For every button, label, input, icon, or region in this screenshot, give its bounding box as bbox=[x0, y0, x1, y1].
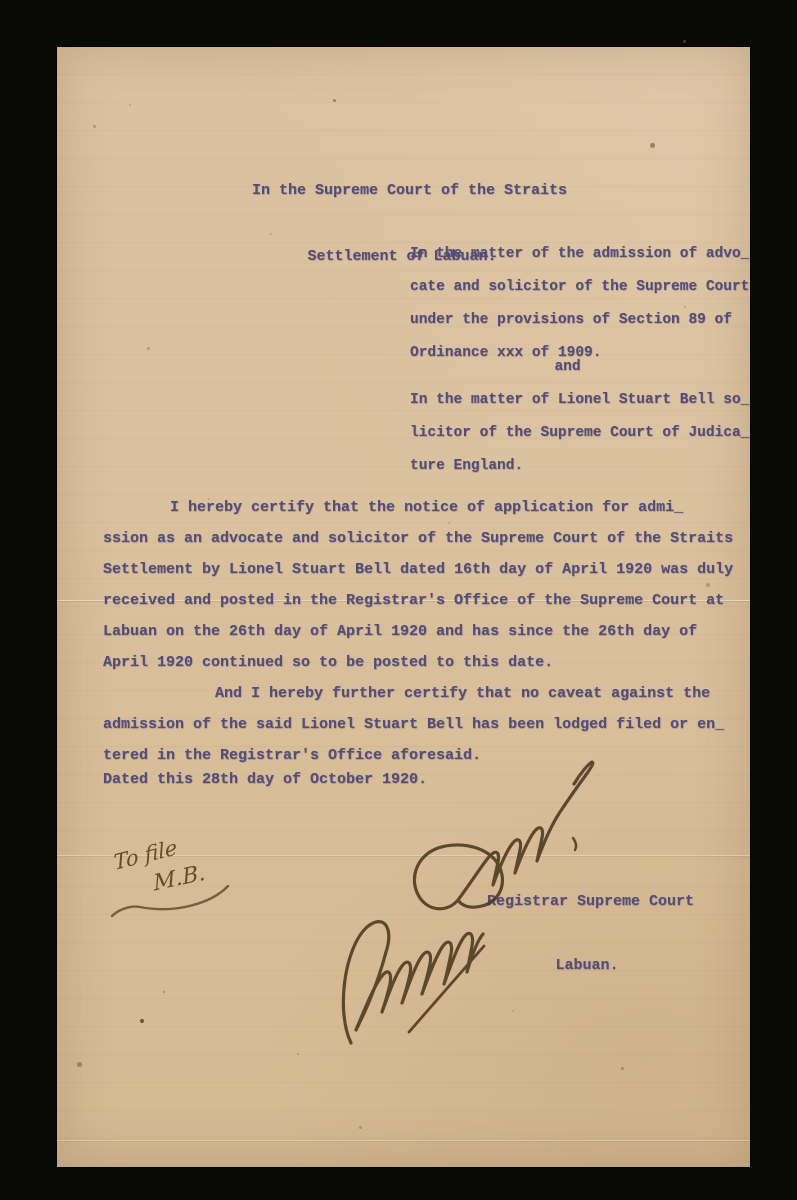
court-header-line1: In the Supreme Court of the Straits bbox=[252, 174, 652, 207]
matter-clause-1: In the matter of the admission of advo_ … bbox=[410, 238, 755, 370]
signatory-title: Registrar Supreme Court bbox=[487, 886, 697, 918]
certification-paragraph-1: I hereby certify that the notice of appl… bbox=[103, 492, 755, 678]
signatory-block: Registrar Supreme Court Labuan. bbox=[487, 854, 697, 1014]
conjunction-and: and bbox=[410, 356, 725, 378]
signatory-location: Labuan. bbox=[487, 950, 687, 982]
scan-background: In the Supreme Court of the Straits Sett… bbox=[0, 0, 797, 1200]
fold-crease bbox=[57, 1140, 750, 1142]
foxing-spot bbox=[683, 40, 686, 43]
matter-clause-2: In the matter of Lionel Stuart Bell so_ … bbox=[410, 384, 755, 483]
dated-line: Dated this 28th day of October 1920. bbox=[103, 764, 603, 795]
certification-paragraph-2: And I hereby further certify that no cav… bbox=[103, 678, 755, 771]
